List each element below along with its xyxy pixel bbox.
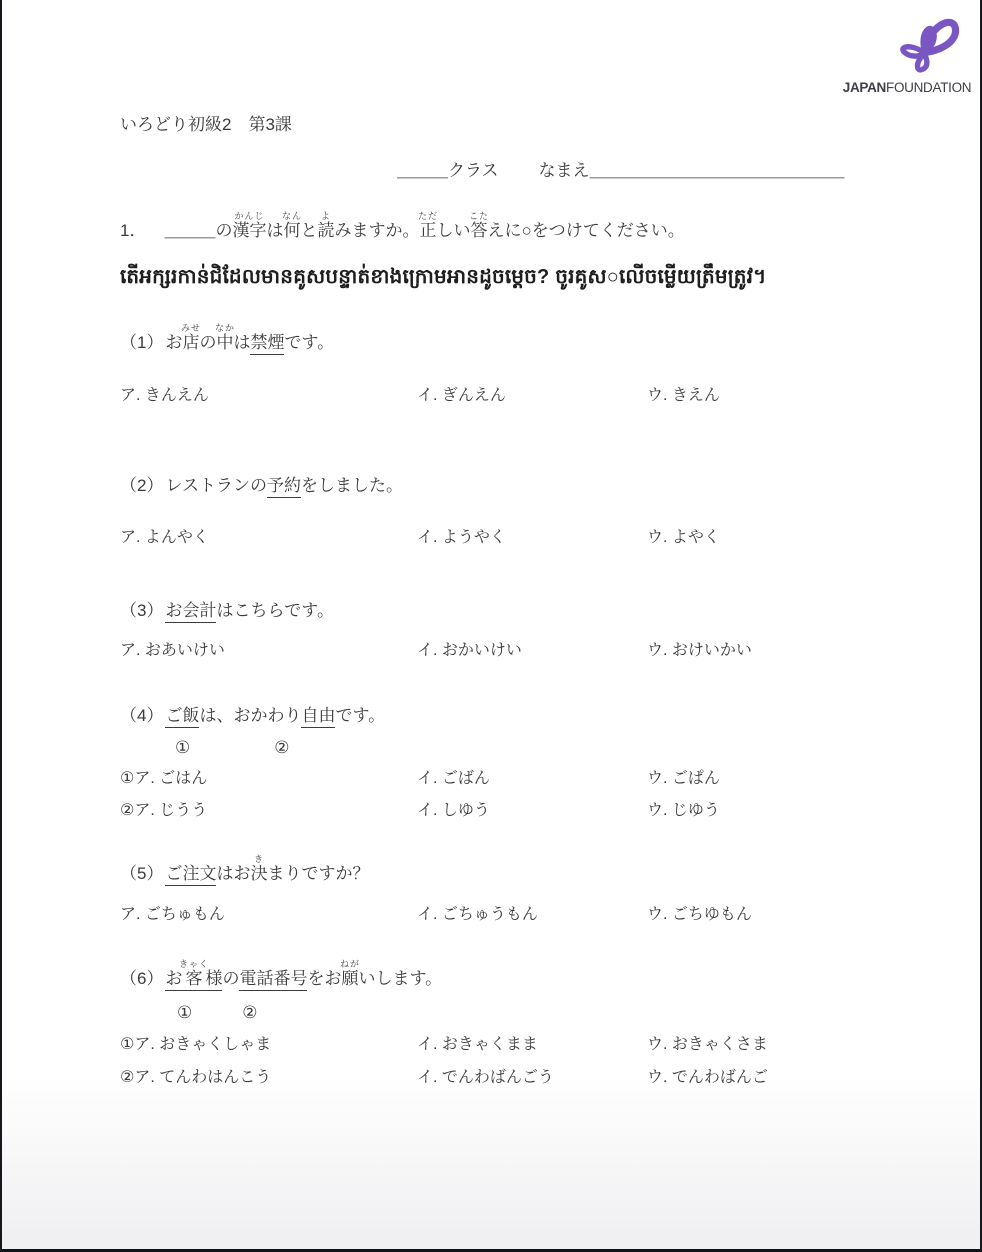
class-name-line: ＿＿＿クラスなまえ＿＿＿＿＿＿＿＿＿＿＿＿＿＿＿ <box>397 158 880 184</box>
underlined-word: お会計 <box>165 601 216 623</box>
question-6-markers: ①② <box>120 1000 880 1026</box>
text-segment: の <box>199 333 216 352</box>
option: イ. ぎんえん <box>417 383 647 409</box>
option: ア. きんえん <box>120 383 417 409</box>
ruby-group: き決 <box>250 861 267 887</box>
question-5-options: ア. ごちゅもん イ. ごちゅうもん ウ. ごちゆもん <box>120 902 880 928</box>
kanji: 何 <box>283 221 300 240</box>
text-segment: をお <box>307 969 341 988</box>
ruby-group: なか中 <box>216 330 233 356</box>
worksheet-page: JAPANFOUNDATION いろどり初級2 第3課 ＿＿＿クラスなまえ＿＿＿… <box>0 0 982 1252</box>
ruby-group: かんじ漢字 <box>232 218 266 244</box>
underlined-word: 予約 <box>267 476 301 498</box>
question-6: （6）おきゃく客様の電話番号をおねが願いします。 ①② ①ア. おきゃくしゃま … <box>120 952 880 1091</box>
butterfly-icon <box>885 6 967 78</box>
furigana: こた <box>469 212 489 221</box>
question-4-sentence: （4）ご飯は、おかわり自由です。 <box>120 689 880 729</box>
option: ウ. ごちゆもん <box>647 902 880 928</box>
text-segment: は <box>233 333 250 352</box>
question-5-sentence: （5）ご注文はおき決まりですか？ <box>120 847 880 887</box>
circled-number-1: ① <box>175 735 190 761</box>
underlined-word: 自由 <box>301 706 335 728</box>
text-segment: レストランの <box>165 476 267 495</box>
text-segment: いします。 <box>358 969 442 988</box>
option: イ. おかいけい <box>417 638 647 664</box>
furigana: き <box>254 855 264 864</box>
option: ウ. よやく <box>647 525 880 551</box>
question-6-options-row1: ①ア. おきゃくしゃま イ. おきゃくまま ウ. おきゃくさま <box>120 1032 880 1058</box>
option: ウ. おきゃくさま <box>647 1032 880 1058</box>
option: イ. でんわばんごう <box>417 1065 647 1091</box>
furigana: なか <box>215 324 235 333</box>
text-segment: と <box>300 221 317 240</box>
furigana: なん <box>282 212 302 221</box>
kanji: 客 <box>185 969 202 988</box>
option: ア. よんやく <box>120 525 417 551</box>
instruction-blank: ＿＿＿ <box>164 221 215 240</box>
name-label: なまえ <box>539 161 590 180</box>
kanji: 中 <box>216 333 233 352</box>
option: ア. ごちゅもん <box>120 902 417 928</box>
option: ②ア. てんわはんこう <box>120 1065 417 1091</box>
text-segment: の <box>222 969 239 988</box>
text-segment: をしました。 <box>301 476 403 495</box>
option: ウ. きえん <box>647 383 880 409</box>
text-segment: えに○をつけてください。 <box>487 221 684 240</box>
text-segment: みますか。 <box>334 221 419 240</box>
question-number: （3） <box>120 601 163 620</box>
furigana: ねが <box>340 960 360 969</box>
furigana: ただ <box>418 212 438 221</box>
underlined-word: ご飯 <box>165 706 199 728</box>
question-4-options-row1: ①ア. ごはん イ. ごばん ウ. ごぱん <box>120 766 880 792</box>
ruby-group: なん何 <box>283 218 300 244</box>
brand-name-light: FOUNDATION <box>886 80 971 95</box>
class-blank-line: ＿＿＿ <box>397 161 448 180</box>
question-5: （5）ご注文はおき決まりですか？ ア. ごちゅもん イ. ごちゅうもん ウ. ご… <box>120 847 880 928</box>
kanji: 願 <box>341 969 358 988</box>
text-segment: お <box>165 333 182 352</box>
question-1: （1）おみせ店のなか中は禁煙です。 ア. きんえん イ. ぎんえん ウ. きえん <box>120 316 880 409</box>
question-2: （2）レストランの予約をしました。 ア. よんやく イ. ようやく ウ. よやく <box>120 459 880 551</box>
question-2-options: ア. よんやく イ. ようやく ウ. よやく <box>120 525 880 551</box>
question-number: （6） <box>120 969 163 988</box>
option: ウ. おけいかい <box>647 638 880 664</box>
question-2-sentence: （2）レストランの予約をしました。 <box>120 459 880 499</box>
option: イ. ごばん <box>417 766 647 792</box>
question-1-options: ア. きんえん イ. ぎんえん ウ. きえん <box>120 383 880 409</box>
ruby-group: きゃく客 <box>185 966 202 992</box>
question-3-options: ア. おあいけい イ. おかいけい ウ. おけいかい <box>120 638 880 664</box>
instruction-number: 1． <box>120 221 146 240</box>
question-number: （2） <box>120 476 163 495</box>
question-4: （4）ご飯は、おかわり自由です。 ①② ①ア. ごはん イ. ごばん ウ. ごぱ… <box>120 689 880 824</box>
japan-foundation-logo: JAPANFOUNDATION <box>841 6 973 95</box>
kanji: 読 <box>317 221 334 240</box>
text-segment: お <box>165 969 182 988</box>
furigana: みせ <box>181 324 201 333</box>
question-number: （1） <box>120 333 163 352</box>
kanji: 決 <box>250 864 267 883</box>
furigana: かんじ <box>234 212 264 221</box>
kanji: 正 <box>419 221 436 240</box>
option: イ. ごちゅうもん <box>417 902 647 928</box>
question-number: （5） <box>120 864 163 883</box>
question-6-options-row2: ②ア. てんわはんこう イ. でんわばんごう ウ. でんわばんご <box>120 1065 880 1091</box>
underlined-word: 禁煙 <box>250 333 284 355</box>
option: ア. おあいけい <box>120 638 417 664</box>
text-segment: です。 <box>335 706 385 725</box>
kanji: 答 <box>470 221 487 240</box>
option: ①ア. おきゃくしゃま <box>120 1032 417 1058</box>
question-4-options-row2: ②ア. じうう イ. しゆう ウ. じゆう <box>120 798 880 824</box>
text-segment: まりですか？ <box>267 864 369 883</box>
text-segment: 様 <box>205 969 222 988</box>
question-number: （4） <box>120 706 163 725</box>
text-segment: の <box>215 221 232 240</box>
ruby-group: よ読 <box>317 218 334 244</box>
brand-name: JAPANFOUNDATION <box>841 80 973 95</box>
circled-number-1: ① <box>177 1000 192 1026</box>
kanji: 漢字 <box>232 221 266 240</box>
khmer-instruction: តើអក្សរកាន់ជិដែលមានគូសបន្ទាត់ខាងក្រោមអាន… <box>120 260 880 294</box>
worksheet-title: いろどり初級2 第3課 <box>120 112 880 138</box>
text-segment: です。 <box>284 333 334 352</box>
text-segment: はお <box>216 864 250 883</box>
question-3-sentence: （3）お会計はこちらです。 <box>120 584 880 624</box>
underlined-word: ご注文 <box>165 864 216 886</box>
text-segment: しい <box>436 221 470 240</box>
underlined-word: 電話番号 <box>239 969 307 991</box>
ruby-group: みせ店 <box>182 330 199 356</box>
furigana: きゃく <box>179 960 209 969</box>
question-6-sentence: （6）おきゃく客様の電話番号をおねが願いします。 <box>120 952 880 992</box>
option: イ. ようやく <box>417 525 647 551</box>
name-blank-line: ＿＿＿＿＿＿＿＿＿＿＿＿＿＿＿ <box>590 161 845 180</box>
question-1-sentence: （1）おみせ店のなか中は禁煙です。 <box>120 316 880 356</box>
ruby-group: ねが願 <box>341 966 358 992</box>
instruction-line: 1．＿＿＿のかんじ漢字はなん何とよ読みますか。ただ正しいこた答えに○をつけてくだ… <box>120 204 880 244</box>
option: イ. おきゃくまま <box>417 1032 647 1058</box>
text-segment: は、おかわり <box>199 706 301 725</box>
class-label: クラス <box>448 161 499 180</box>
underlined-word: おきゃく客様 <box>165 969 222 991</box>
ruby-group: こた答 <box>470 218 487 244</box>
option: ②ア. じうう <box>120 798 417 824</box>
option: ウ. ごぱん <box>647 766 880 792</box>
kanji: 店 <box>182 333 199 352</box>
option: ウ. でんわばんご <box>647 1065 880 1091</box>
circled-number-2: ② <box>274 735 289 761</box>
option: ①ア. ごはん <box>120 766 417 792</box>
text-segment: はこちらです。 <box>216 601 333 620</box>
worksheet-content: いろどり初級2 第3課 ＿＿＿クラスなまえ＿＿＿＿＿＿＿＿＿＿＿＿＿＿＿ 1．＿… <box>2 0 980 1091</box>
question-3: （3）お会計はこちらです。 ア. おあいけい イ. おかいけい ウ. おけいかい <box>120 584 880 664</box>
option: ウ. じゆう <box>647 798 880 824</box>
question-4-markers: ①② <box>120 735 880 761</box>
ruby-group: ただ正 <box>419 218 436 244</box>
text-segment: は <box>266 221 283 240</box>
circled-number-2: ② <box>242 1000 257 1026</box>
brand-name-bold: JAPAN <box>843 80 886 95</box>
furigana: よ <box>321 212 331 221</box>
option: イ. しゆう <box>417 798 647 824</box>
